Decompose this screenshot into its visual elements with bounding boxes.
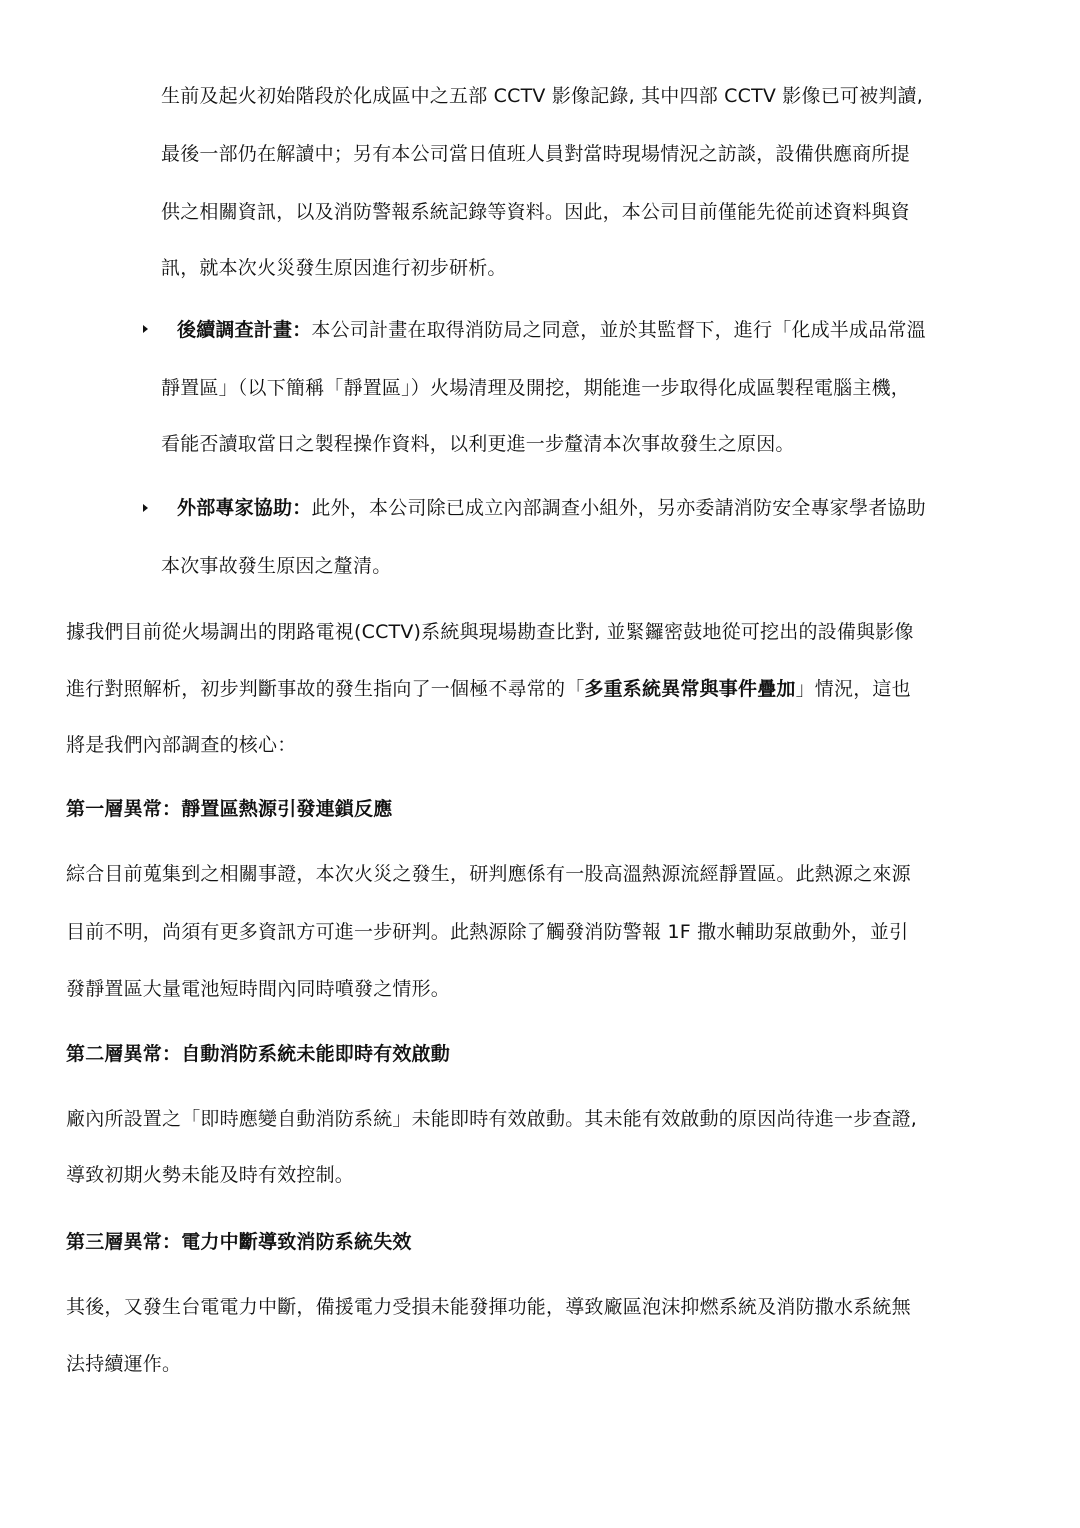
intro-text: 」情況，這也 [796,678,911,700]
section-line: 導致初期火勢未能及時有效控制。 [66,1163,354,1187]
paragraph-line: 最後一部仍在解讀中；另有本公司當日值班人員對當時現場情況之訪談，設備供應商所提 [161,142,910,166]
section-heading-layer-1: 第一層異常：靜置區熱源引發連鎖反應 [66,797,392,821]
bullet-line: 看能否讀取當日之製程操作資料，以利更進一步釐清本次事故發生之原因。 [161,432,795,456]
bullet-text: 此外，本公司除已成立內部調查小組外，另亦委請消防安全專家學者協助 [311,497,925,519]
intro-line: 據我們目前從火場調出的閉路電視(CCTV)系統與現場勘查比對, 並緊鑼密鼓地從可… [66,620,914,644]
bullet-item-external-experts: 外部專家協助：此外，本公司除已成立內部調查小組外，另亦委請消防安全專家學者協助 [177,496,926,520]
intro-emphasis: 多重系統異常與事件疊加 [584,678,795,700]
bullet-marker-icon [143,504,148,512]
paragraph-line: 訊，就本次火災發生原因進行初步研析。 [161,256,507,280]
intro-line: 進行對照解析，初步判斷事故的發生指向了一個極不尋常的「多重系統異常與事件疊加」情… [66,677,911,701]
section-line: 廠內所設置之「即時應變自動消防系統」未能即時有效啟動。其未能有效啟動的原因尚待進… [66,1107,917,1131]
paragraph-line: 生前及起火初始階段於化成區中之五部 CCTV 影像記錄, 其中四部 CCTV 影… [161,84,923,108]
intro-text: 進行對照解析，初步判斷事故的發生指向了一個極不尋常的「 [66,678,584,700]
section-line: 目前不明，尚須有更多資訊方可進一步研判。此熱源除了觸發消防警報 1F 撒水輔助泵… [66,920,908,944]
section-line: 其後，又發生台電電力中斷，備援電力受損未能發揮功能，導致廠區泡沫抑燃系統及消防撒… [66,1295,911,1319]
bullet-line: 本次事故發生原因之釐清。 [161,554,391,578]
section-heading-layer-2: 第二層異常：自動消防系統未能即時有效啟動 [66,1042,450,1066]
section-line: 法持續運作。 [66,1352,181,1376]
bullet-label: 後續調查計畫： [177,319,311,341]
section-line: 發靜置區大量電池短時間內同時噴發之情形。 [66,977,450,1001]
bullet-text: 本公司計畫在取得消防局之同意，並於其監督下，進行「化成半成品常溫 [311,319,925,341]
bullet-marker-icon [143,325,148,333]
bullet-item-followup-plan: 後續調查計畫：本公司計畫在取得消防局之同意，並於其監督下，進行「化成半成品常溫 [177,318,926,342]
document-page: 生前及起火初始階段於化成區中之五部 CCTV 影像記錄, 其中四部 CCTV 影… [0,0,1080,1528]
section-line: 綜合目前蒐集到之相關事證，本次火災之發生，研判應係有一股高溫熱源流經靜置區。此熱… [66,862,911,886]
intro-line: 將是我們內部調查的核心： [66,733,296,757]
bullet-label: 外部專家協助： [177,497,311,519]
bullet-line: 靜置區」（以下簡稱「靜置區」）火場清理及開挖，期能進一步取得化成區製程電腦主機， [161,376,910,400]
paragraph-line: 供之相關資訊，以及消防警報系統記錄等資料。因此，本公司目前僅能先從前述資料與資 [161,200,910,224]
section-heading-layer-3: 第三層異常：電力中斷導致消防系統失效 [66,1230,412,1254]
